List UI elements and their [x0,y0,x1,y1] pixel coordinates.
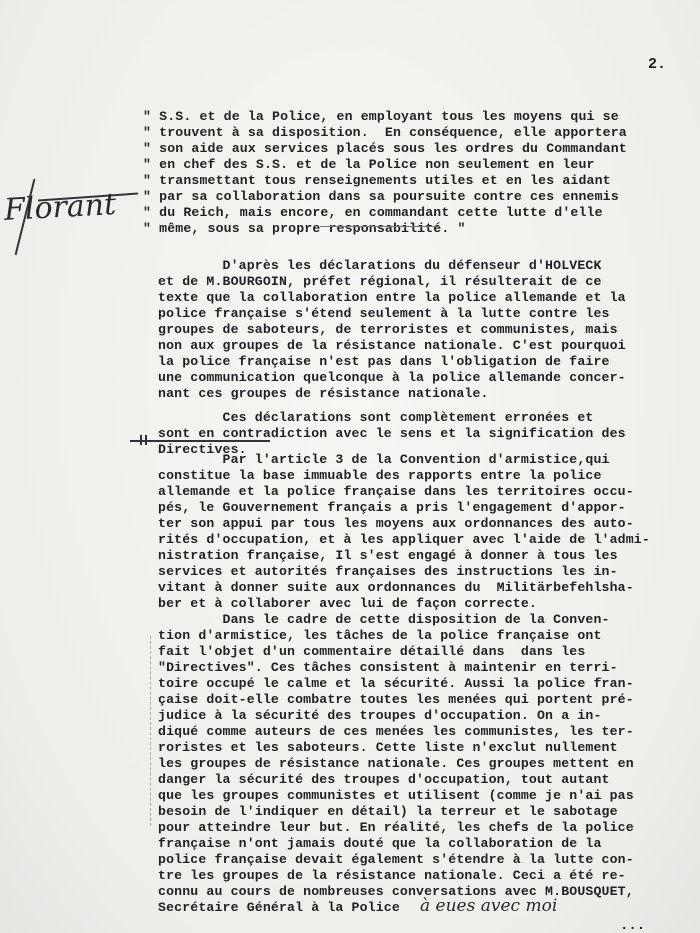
text-line: police française devait également s'éten… [158,852,634,868]
text-line: nistration française, Il s'est engagé à … [158,548,618,564]
quote-line: " en chef des S.S. et de la Police non s… [143,157,595,173]
text-line: toire occupé le calme et la sécurité. Au… [158,676,634,692]
document-page: 2. Florant " S.S. et de la Police, en em… [0,0,700,933]
text-line: tre les groupes de la résistance nationa… [158,868,626,884]
quote-line: " transmettant tous renseignements utile… [143,173,611,189]
text-line: services et autorités françaises des ins… [158,564,618,580]
text-line: pés, le Gouvernement français a pris l'e… [158,500,626,516]
handwritten-margin-line [130,440,270,442]
text-line: Ces déclarations sont complètement erron… [158,410,593,426]
text-line: et de M.BOURGOIN, préfet régional, il ré… [158,274,602,290]
text-line: allemande et la police française dans le… [158,484,634,500]
text-line: çaise doit-elle combatre toutes les mené… [158,692,634,708]
text-line: tion d'armistice, les tâches de la polic… [158,628,602,644]
text-line: Secrétaire Général à la Police [158,900,400,916]
text-line: D'après les déclarations du défenseur d'… [158,258,602,274]
margin-tick [145,435,147,445]
quote-line: " même, sous sa propre responsabilité. " [143,221,466,237]
text-line: texte que la collaboration entre la poli… [158,290,626,306]
page-number: 2. [648,56,666,73]
quote-line: " son aide aux services placés sous les … [143,141,627,157]
text-line: les groupes de résistance nationale. Ces… [158,756,634,772]
quote-line: " trouvent à sa disposition. En conséque… [143,125,627,141]
text-line: vitant à donner suite aux ordonnances du… [158,580,634,596]
text-line: non aux groupes de la résistance nationa… [158,338,626,354]
text-line: une communication quelconque à la police… [158,370,626,386]
text-line: "Directives". Ces tâches consistent à ma… [158,660,618,676]
text-line: constitue la base immuable des rapports … [158,468,602,484]
handwritten-underline [320,226,440,227]
quote-line: " par sa collaboration dans sa poursuite… [143,189,619,205]
quote-line: " du Reich, mais encore, en commandant c… [143,205,603,221]
text-line: besoin de l'indiquer en détail) la terre… [158,804,618,820]
text-line: roristes et les saboteurs. Cette liste n… [158,740,618,756]
text-line: pour atteindre leur but. En réalité, les… [158,820,634,836]
margin-dotted-line [150,636,152,826]
handwritten-signature: Florant [3,187,117,228]
text-line: police française s'étend seulement à la … [158,306,610,322]
text-line: ter son appui par tous les moyens aux or… [158,516,634,532]
text-line: Par l'article 3 de la Convention d'armis… [158,452,610,468]
text-line: la police française n'est pas dans l'obl… [158,354,610,370]
text-line: que les groupes communistes et utilisent… [158,788,634,804]
text-line: danger la sécurité des troupes d'occupat… [158,772,610,788]
text-line: connu au cours de nombreuses conversatio… [158,884,634,900]
text-line: groupes de saboteurs, de terroristes et … [158,322,618,338]
text-line: fait l'objet d'un commentaire détaillé d… [158,644,585,660]
quote-line: " S.S. et de la Police, en employant tou… [143,109,619,125]
handwritten-addition: à eues avec moi [420,896,557,916]
text-line: diqué comme auteurs de ces menées les co… [158,724,634,740]
text-line: française n'ont jamais douté que la coll… [158,836,602,852]
text-line: ber et à collaborer avec lui de façon co… [158,596,537,612]
continuation-mark: ... [620,918,645,933]
text-line: judice à la sécurité des troupes d'occup… [158,708,602,724]
text-line: Dans le cadre de cette disposition de la… [158,612,610,628]
text-line: nant ces groupes de résistance nationale… [158,386,489,402]
margin-tick [140,435,142,445]
text-line: rités d'occupation, et à les appliquer a… [158,532,650,548]
